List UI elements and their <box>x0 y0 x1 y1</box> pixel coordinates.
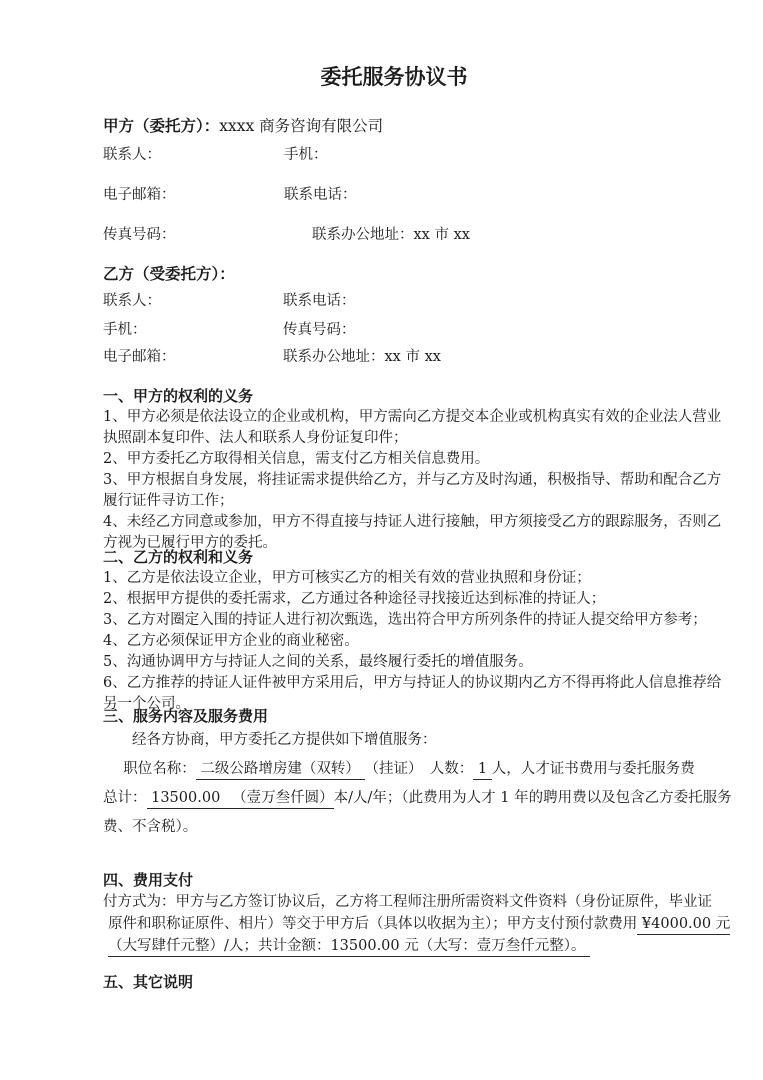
section-payment: 四、费用支付 付方式为：甲方与乙方签订协议后，乙方将工程师注册所需资料文件资料（… <box>103 870 685 957</box>
text-segment: （挂证） 人数： <box>365 761 474 777</box>
contact-label: 联系办公地址：xx 市 xx <box>283 349 441 365</box>
section-heading: 四、费用支付 <box>103 870 685 891</box>
contact-label: 联系办公地址：xx 市 xx <box>312 227 470 243</box>
text-segment: 履行证件寻访工作； <box>103 493 234 509</box>
contact-row: 联系人：手机： <box>103 146 685 164</box>
text-line: 2、根据甲方提供的委托需求，乙方通过各种途径寻找接近达到标准的持证人； <box>103 589 685 610</box>
party-b-section: 乙方（受委托方）： 联系人：联系电话： 手机：传真号码： 电子邮箱：联系办公地址… <box>103 264 685 366</box>
party-a-label: 甲方（委托方）： <box>103 116 219 135</box>
text-segment: 付方式为：甲方与乙方签订协议后，乙方将工程师注册所需资料文件资料（身份证原件，毕… <box>103 894 712 910</box>
text-line: 1、乙方是依法设立企业，甲方可核实乙方的相关有效的营业执照和身份证； <box>103 568 685 589</box>
section-body: 付方式为：甲方与乙方签订协议后，乙方将工程师注册所需资料文件资料（身份证原件，毕… <box>103 891 685 957</box>
party-a-title: 甲方（委托方）：xxxx 商务咨询有限公司 <box>103 116 685 136</box>
section-other-notes: 五、其它说明 <box>103 972 685 993</box>
text-segment: 2、甲方委托乙方取得相关信息，需支付乙方相关信息费用。 <box>103 451 489 467</box>
underlined-fill-in-value: ¥4000.00 元 <box>637 916 730 935</box>
party-a-company-name: xxxx 商务咨询有限公司 <box>219 117 383 135</box>
text-line: 总计： 13500.00 （壹万叁仟圆）本/人/年；（此费用为人才 1 年的聘用… <box>103 788 685 809</box>
text-line: 3、甲方根据自身发展，将挂证需求提供给乙方，并与乙方及时沟通，积极指导、帮助和配… <box>103 470 685 491</box>
text-segment: 执照副本复印件、法人和联系人身份证复印件； <box>103 430 408 446</box>
text-line: 职位名称： 二级公路增房建（双转） （挂证） 人数： 1 人，人才证书费用与委托… <box>103 759 685 780</box>
text-line: 4、乙方必须保证甲方企业的商业秘密。 <box>103 631 685 652</box>
contact-row: 电子邮箱：联系办公地址：xx 市 xx <box>103 348 685 366</box>
text-line: 1、甲方必须是依法设立的企业或机构，甲方需向乙方提交本企业或机构真实有效的企业法… <box>103 407 685 428</box>
text-segment: 3、甲方根据自身发展，将挂证需求提供给乙方，并与乙方及时沟通，积极指导、帮助和配… <box>103 472 721 488</box>
section-heading: 二、乙方的权利和义务 <box>103 547 685 568</box>
text-line: 2、甲方委托乙方取得相关信息，需支付乙方相关信息费用。 <box>103 449 685 470</box>
contact-label: 联系电话： <box>283 293 356 309</box>
party-a-section: 甲方（委托方）：xxxx 商务咨询有限公司 联系人：手机： 电子邮箱：联系电话：… <box>103 116 685 244</box>
contact-label: 电子邮箱： <box>103 348 283 366</box>
contact-row: 手机：传真号码： <box>103 321 685 339</box>
text-line: 执照副本复印件、法人和联系人身份证复印件； <box>103 428 685 449</box>
contact-label: 手机： <box>103 321 283 339</box>
section-heading: 一、甲方的权利的义务 <box>103 386 685 407</box>
text-segment: 经各方协商，甲方委托乙方提供如下增值服务： <box>132 732 437 748</box>
text-line: 原件和职称证原件、相片）等交于甲方后（具体以收据为主）；甲方支付预付款费用 ¥4… <box>103 913 685 935</box>
contact-label: 手机： <box>284 147 328 163</box>
document-page: 委托服务协议书 甲方（委托方）：xxxx 商务咨询有限公司 联系人：手机： 电子… <box>0 0 763 1080</box>
text-line: 费、不含税）。 <box>103 817 685 838</box>
text-segment: 3、乙方对圈定入围的持证人进行初次甄选，选出符合甲方所列条件的持证人提交给甲方参… <box>103 612 707 628</box>
text-segment: 4、乙方必须保证甲方企业的商业秘密。 <box>103 633 359 649</box>
contact-row: 电子邮箱：联系电话： <box>103 186 685 204</box>
text-segment: 总计： <box>103 790 147 806</box>
contact-label: 联系人： <box>103 146 284 164</box>
section-party-b-rights: 二、乙方的权利和义务 1、乙方是依法设立企业，甲方可核实乙方的相关有效的营业执照… <box>103 547 685 715</box>
contact-row: 联系人：联系电话： <box>103 292 685 310</box>
text-line: 6、乙方推荐的持证人证件被甲方采用后，甲方与持证人的协议期内乙方不得再将此人信息… <box>103 673 685 694</box>
document-title: 委托服务协议书 <box>103 64 685 90</box>
text-segment: 2、根据甲方提供的委托需求，乙方通过各种途径寻找接近达到标准的持证人； <box>103 591 605 607</box>
section-heading: 五、其它说明 <box>103 972 685 993</box>
contact-label: 电子邮箱： <box>103 186 284 204</box>
text-line: 经各方协商，甲方委托乙方提供如下增值服务： <box>103 730 685 751</box>
text-segment: 原件和职称证原件、相片）等交于甲方后（具体以收据为主）；甲方支付预付款费用 <box>108 916 637 932</box>
contact-label: 联系电话： <box>284 187 357 203</box>
party-b-label: 乙方（受委托方）： <box>103 264 235 283</box>
section-service-fees: 三、服务内容及服务费用 经各方协商，甲方委托乙方提供如下增值服务：职位名称： 二… <box>103 706 685 838</box>
text-line: 5、沟通协调甲方与持证人之间的关系，最终履行委托的增值服务。 <box>103 652 685 673</box>
section-body: 1、甲方必须是依法设立的企业或机构，甲方需向乙方提交本企业或机构真实有效的企业法… <box>103 407 685 554</box>
contact-row: 传真号码：联系办公地址：xx 市 xx <box>103 226 685 244</box>
text-segment: 1、甲方必须是依法设立的企业或机构，甲方需向乙方提交本企业或机构真实有效的企业法… <box>103 409 721 425</box>
text-segment: 4、未经乙方同意或参加，甲方不得直接与持证人进行接触，甲方须接受乙方的跟踪服务，… <box>103 514 721 530</box>
text-line: （大写肆仟元整）/人；共计金额：13500.00 元（大写：壹万叁仟元整）。 <box>103 935 685 957</box>
section-party-a-rights: 一、甲方的权利的义务 1、甲方必须是依法设立的企业或机构，甲方需向乙方提交本企业… <box>103 386 685 554</box>
text-segment: 本/人/年；（此费用为人才 1 年的聘用费以及包含乙方委托服务 <box>334 790 732 806</box>
text-line: 履行证件寻访工作； <box>103 491 685 512</box>
text-line: 3、乙方对圈定入围的持证人进行初次甄选，选出符合甲方所列条件的持证人提交给甲方参… <box>103 610 685 631</box>
contact-label: 传真号码： <box>283 322 356 338</box>
contact-label: 传真号码： <box>103 226 312 244</box>
text-segment: 职位名称： <box>123 761 196 777</box>
text-segment: 费、不含税）。 <box>103 819 197 835</box>
underlined-fill-in-value: 1 <box>473 761 491 780</box>
contact-label: 联系人： <box>103 292 283 310</box>
text-line: 4、未经乙方同意或参加，甲方不得直接与持证人进行接触，甲方须接受乙方的跟踪服务，… <box>103 512 685 533</box>
section-body: 经各方协商，甲方委托乙方提供如下增值服务：职位名称： 二级公路增房建（双转） （… <box>103 730 685 838</box>
text-segment: 6、乙方推荐的持证人证件被甲方采用后，甲方与持证人的协议期内乙方不得再将此人信息… <box>103 675 721 691</box>
text-segment: 人，人才证书费用与委托服务费 <box>492 761 695 777</box>
section-heading: 三、服务内容及服务费用 <box>103 706 685 727</box>
text-line: 付方式为：甲方与乙方签订协议后，乙方将工程师注册所需资料文件资料（身份证原件，毕… <box>103 891 685 913</box>
party-b-title: 乙方（受委托方）： <box>103 264 685 284</box>
underlined-fill-in-value: 二级公路增房建（双转） <box>196 761 365 780</box>
section-body: 1、乙方是依法设立企业，甲方可核实乙方的相关有效的营业执照和身份证；2、根据甲方… <box>103 568 685 715</box>
underlined-fill-in-value: 13500.00 （壹万叁仟圆） <box>147 790 334 809</box>
text-segment: 1、乙方是依法设立企业，甲方可核实乙方的相关有效的营业执照和身份证； <box>103 570 591 586</box>
underlined-fill-in-value: （大写肆仟元整）/人；共计金额：13500.00 元（大写：壹万叁仟元整）。 <box>108 938 590 957</box>
text-segment: 5、沟通协调甲方与持证人之间的关系，最终履行委托的增值服务。 <box>103 654 533 670</box>
